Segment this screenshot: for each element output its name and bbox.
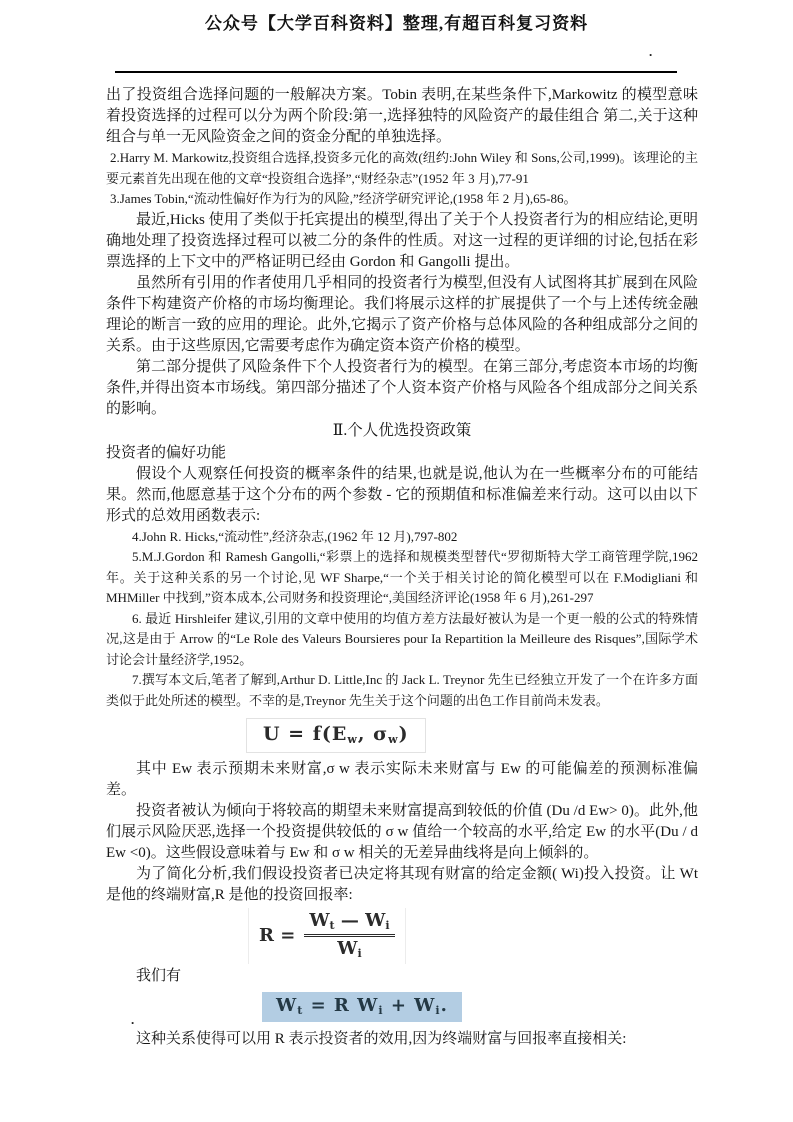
footnote-3: 3.James Tobin,“流动性偏好作为行为的风险,”经济学研究评论,(19… [106, 189, 698, 210]
footnote-5: 5.M.J.Gordon 和 Ramesh Gangolli,“彩票上的选择和规… [106, 547, 698, 609]
footnote-7: 7.撰写本文后,笔者了解到,Arthur D. Little,Inc 的 Jac… [106, 670, 698, 711]
subsection-heading: 投资者的偏好功能 [106, 442, 698, 464]
document-page: 公众号【大学百科资料】整理,有超百科复习资料 . 出了投资组合选择问题的一般解决… [0, 0, 793, 1122]
stray-dot-top: . [649, 44, 652, 60]
formula-terminal-wealth: Wt = R Wi + Wi. [262, 992, 462, 1022]
paragraph-hicks: 最近,Hicks 使用了类似于托宾提出的模型,得出了关于个人投资者行为的相应结论… [106, 210, 698, 273]
document-body: 出了投资组合选择问题的一般解决方案。Tobin 表明,在某些条件下,Markow… [106, 85, 698, 1050]
header-divider [115, 71, 677, 73]
formula-return-rate: R =Wt — WiWi [248, 908, 406, 964]
formula-utility-function-row: U = f(Ew, σw) [246, 718, 698, 753]
paragraph-risk-aversion: 投资者被认为倾向于将较高的期望未来财富提高到较低的价值 (Du /d Ew> 0… [106, 801, 698, 864]
formula-return-rate-row: R =Wt — WiWi [248, 908, 698, 964]
paragraph-probability: 假设个人观察任何投资的概率条件的结果,也就是说,他认为在一些概率分布的可能结果。… [106, 464, 698, 527]
paragraph-ew-definition: 其中 Ew 表示预期未来财富,σ w 表示实际未来财富与 Ew 的可能偏差的预测… [106, 759, 698, 801]
stray-dot-bottom: . [131, 1012, 134, 1028]
paragraph-we-have: 我们有 [106, 966, 698, 987]
page-header-title: 公众号【大学百科资料】整理,有超百科复习资料 [0, 0, 793, 34]
paragraph-equilibrium: 虽然所有引用的作者使用几乎相同的投资者行为模型,但没有人试图将其扩展到在风险条件… [106, 273, 698, 357]
formula-terminal-wealth-row: Wt = R Wi + Wi. [262, 992, 698, 1022]
paragraph-simplify: 为了简化分析,我们假设投资者已决定将其现有财富的给定金额( Wi)投入投资。让 … [106, 864, 698, 906]
paragraph-sections: 第二部分提供了风险条件下个人投资者行为的模型。在第三部分,考虑资本市场的均衡条件… [106, 357, 698, 420]
footnote-4: 4.John R. Hicks,“流动性”,经济杂志,(1962 年 12 月)… [106, 527, 698, 548]
formula-utility-function: U = f(Ew, σw) [246, 718, 426, 753]
paragraph-utility-relation: 这种关系使得可以用 R 表示投资者的效用,因为终端财富与回报率直接相关: [106, 1029, 698, 1050]
paragraph-intro: 出了投资组合选择问题的一般解决方案。Tobin 表明,在某些条件下,Markow… [106, 85, 698, 148]
footnote-2: 2.Harry M. Markowitz,投资组合选择,投资多元化的高效(纽约:… [106, 148, 698, 189]
section-heading: Ⅱ.个人优选投资政策 [106, 420, 698, 442]
footnote-6: 6. 最近 Hirshleifer 建议,引用的文章中使用的均值方差方法最好被认… [106, 609, 698, 671]
